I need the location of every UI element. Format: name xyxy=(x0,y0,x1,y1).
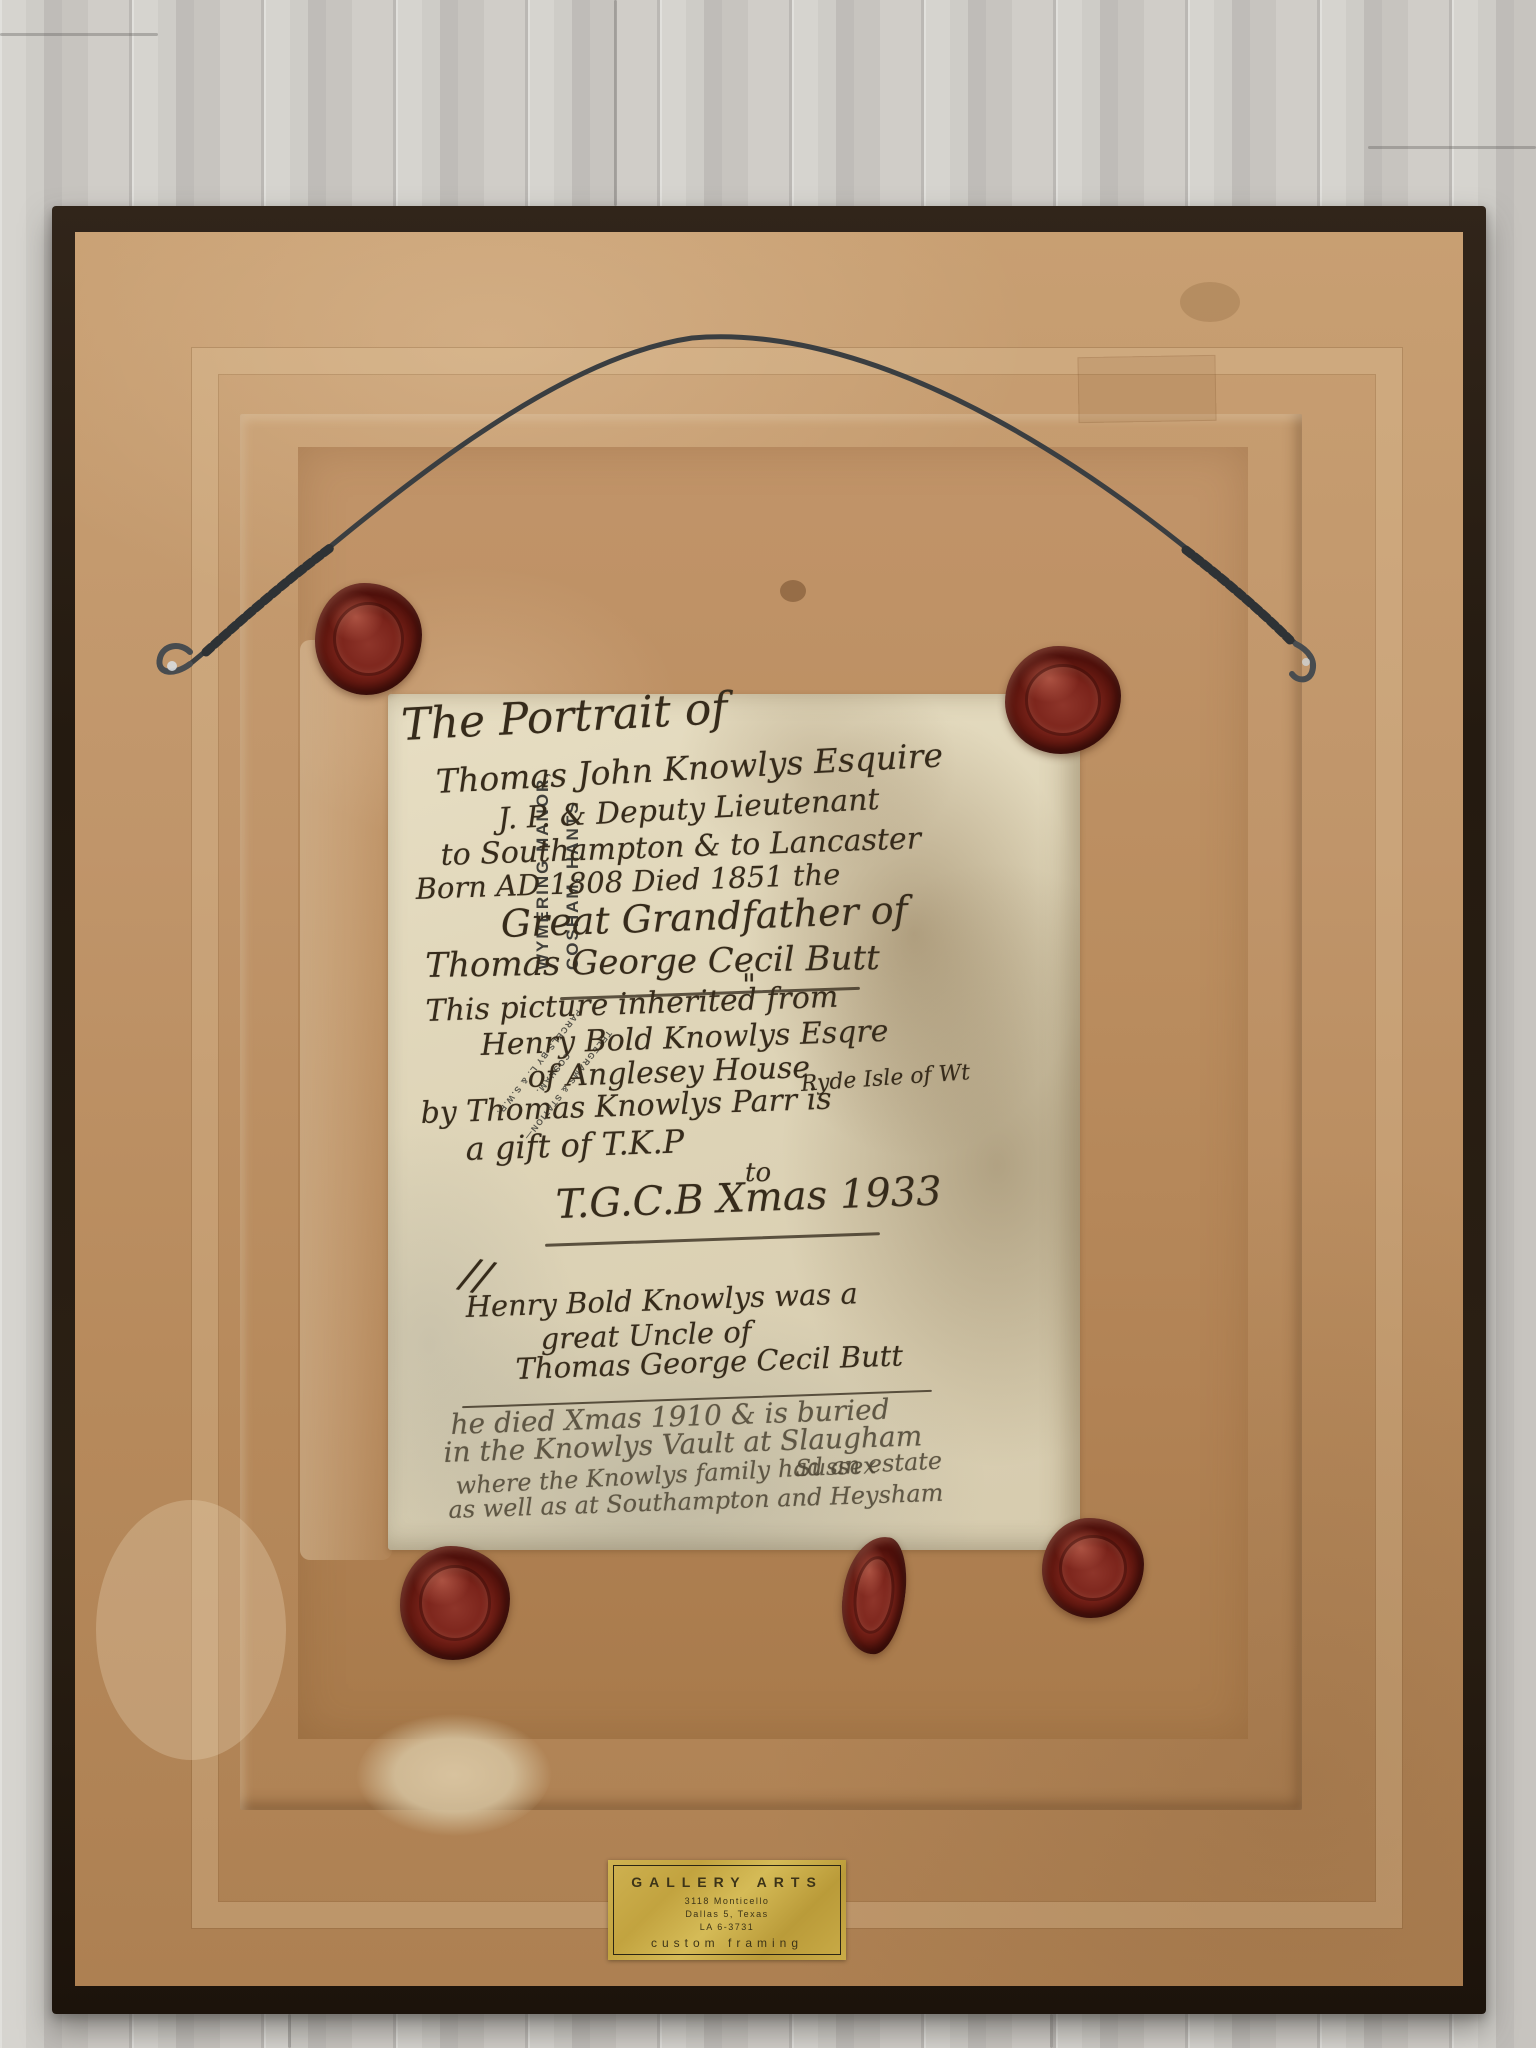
hanging-wire xyxy=(0,0,1536,2048)
wire-path xyxy=(190,337,1296,664)
plaque-address-line2: Dallas 5, Texas xyxy=(608,1909,846,1919)
plaque-phone: LA 6-3731 xyxy=(608,1922,846,1932)
plaque-tagline: custom framing xyxy=(608,1936,846,1950)
wire-twist-right xyxy=(1186,550,1290,640)
wire-glint-right xyxy=(1302,658,1310,666)
photo-back-of-picture-frame: WYMERING MANOR, COSHAM, HANTS TELEGRAMS … xyxy=(0,0,1536,2048)
gallery-plaque: GALLERY ARTS 3118 Monticello Dallas 5, T… xyxy=(608,1860,846,1960)
wire-glint-left xyxy=(167,661,177,671)
wire-twist-left xyxy=(206,548,330,652)
plaque-gallery-name: GALLERY ARTS xyxy=(608,1874,846,1890)
plaque-address-line1: 3118 Monticello xyxy=(608,1896,846,1906)
